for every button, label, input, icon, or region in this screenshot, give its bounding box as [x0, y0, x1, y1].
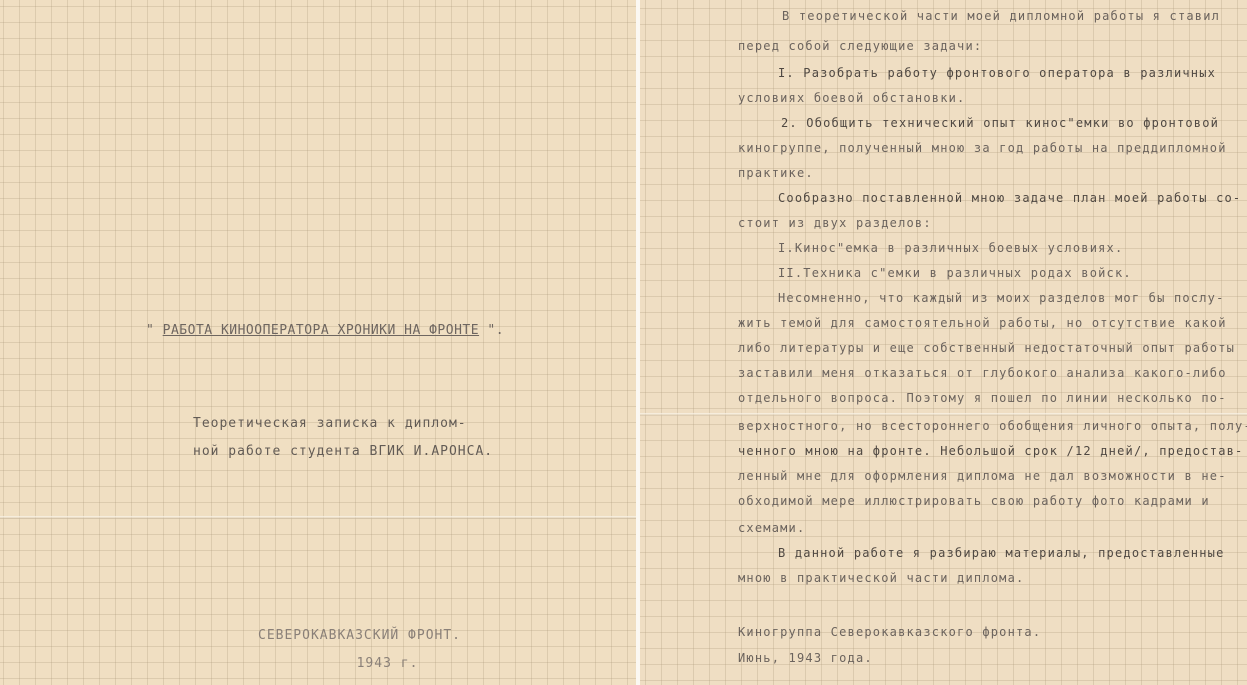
front-and-year: СЕВЕРОКАВКАЗСКИЙ ФРОНТ. 1943 г.	[258, 622, 461, 678]
document-title: " РАБОТА КИНООПЕРАТОРА ХРОНИКИ НА ФРОНТЕ…	[146, 323, 504, 338]
year: 1943 г.	[258, 650, 461, 678]
text-line: отдельного вопроса. Поэтому я пошел по л…	[738, 391, 1227, 405]
text-line: условиях боевой обстановки.	[738, 91, 965, 105]
title-quote-close: ".	[487, 323, 504, 338]
text-line: ленный мне для оформления диплома не дал…	[738, 469, 1227, 483]
section-item-1: I.Кинос"емка в различных боевых условиях…	[778, 241, 1123, 255]
text-line: жить темой для самостоятельной работы, н…	[738, 316, 1227, 330]
text-line: верхностного, но всестороннего обобщения…	[738, 419, 1247, 433]
section-item-2: II.Техника с"емки в различных родах войс…	[778, 266, 1132, 280]
subtitle-line: Теоретическая записка к диплом-	[193, 410, 493, 438]
task-item-1: I. Разобрать работу фронтового оператора…	[778, 66, 1216, 80]
text-line: ченного мною на фронте. Небольшой срок /…	[738, 444, 1243, 458]
text-line: В данной работе я разбираю материалы, пр…	[778, 546, 1225, 560]
paper-fold	[640, 413, 1247, 416]
paper-fold	[0, 516, 636, 519]
document-spread: " РАБОТА КИНООПЕРАТОРА ХРОНИКИ НА ФРОНТЕ…	[0, 0, 1247, 685]
task-item-2: 2. Обобщить технический опыт кинос"емки …	[781, 116, 1219, 130]
signature-group: Киногруппа Северокавказского фронта.	[738, 625, 1041, 639]
text-line: Несомненно, что каждый из моих разделов …	[778, 291, 1225, 305]
text-line: практике.	[738, 166, 814, 180]
text-line: В теоретической части моей дипломной раб…	[782, 9, 1220, 23]
text-line: мною в практической части диплома.	[738, 571, 1024, 585]
text-line: обходимой мере иллюстрировать свою работ…	[738, 494, 1210, 508]
title-quote-open: "	[146, 323, 154, 338]
signature-date: Июнь, 1943 года.	[738, 651, 873, 665]
front-name: СЕВЕРОКАВКАЗСКИЙ ФРОНТ.	[258, 622, 461, 650]
text-line: Сообразно поставленной мною задаче план …	[778, 191, 1241, 205]
title-text: РАБОТА КИНООПЕРАТОРА ХРОНИКИ НА ФРОНТЕ	[163, 323, 479, 338]
title-page: " РАБОТА КИНООПЕРАТОРА ХРОНИКИ НА ФРОНТЕ…	[0, 0, 636, 685]
text-line: заставили меня отказаться от глубокого а…	[738, 366, 1227, 380]
text-line: схемами.	[738, 521, 805, 535]
text-line: стоит из двух разделов:	[738, 216, 932, 230]
document-subtitle: Теоретическая записка к диплом- ной рабо…	[193, 410, 493, 466]
text-line: киногруппе, полученный мною за год работ…	[738, 141, 1227, 155]
text-line: либо литературы и еще собственный недост…	[738, 341, 1235, 355]
text-line: перед собой следующие задачи:	[738, 39, 982, 53]
subtitle-line: ной работе студента ВГИК И.АРОНСА.	[193, 438, 493, 466]
